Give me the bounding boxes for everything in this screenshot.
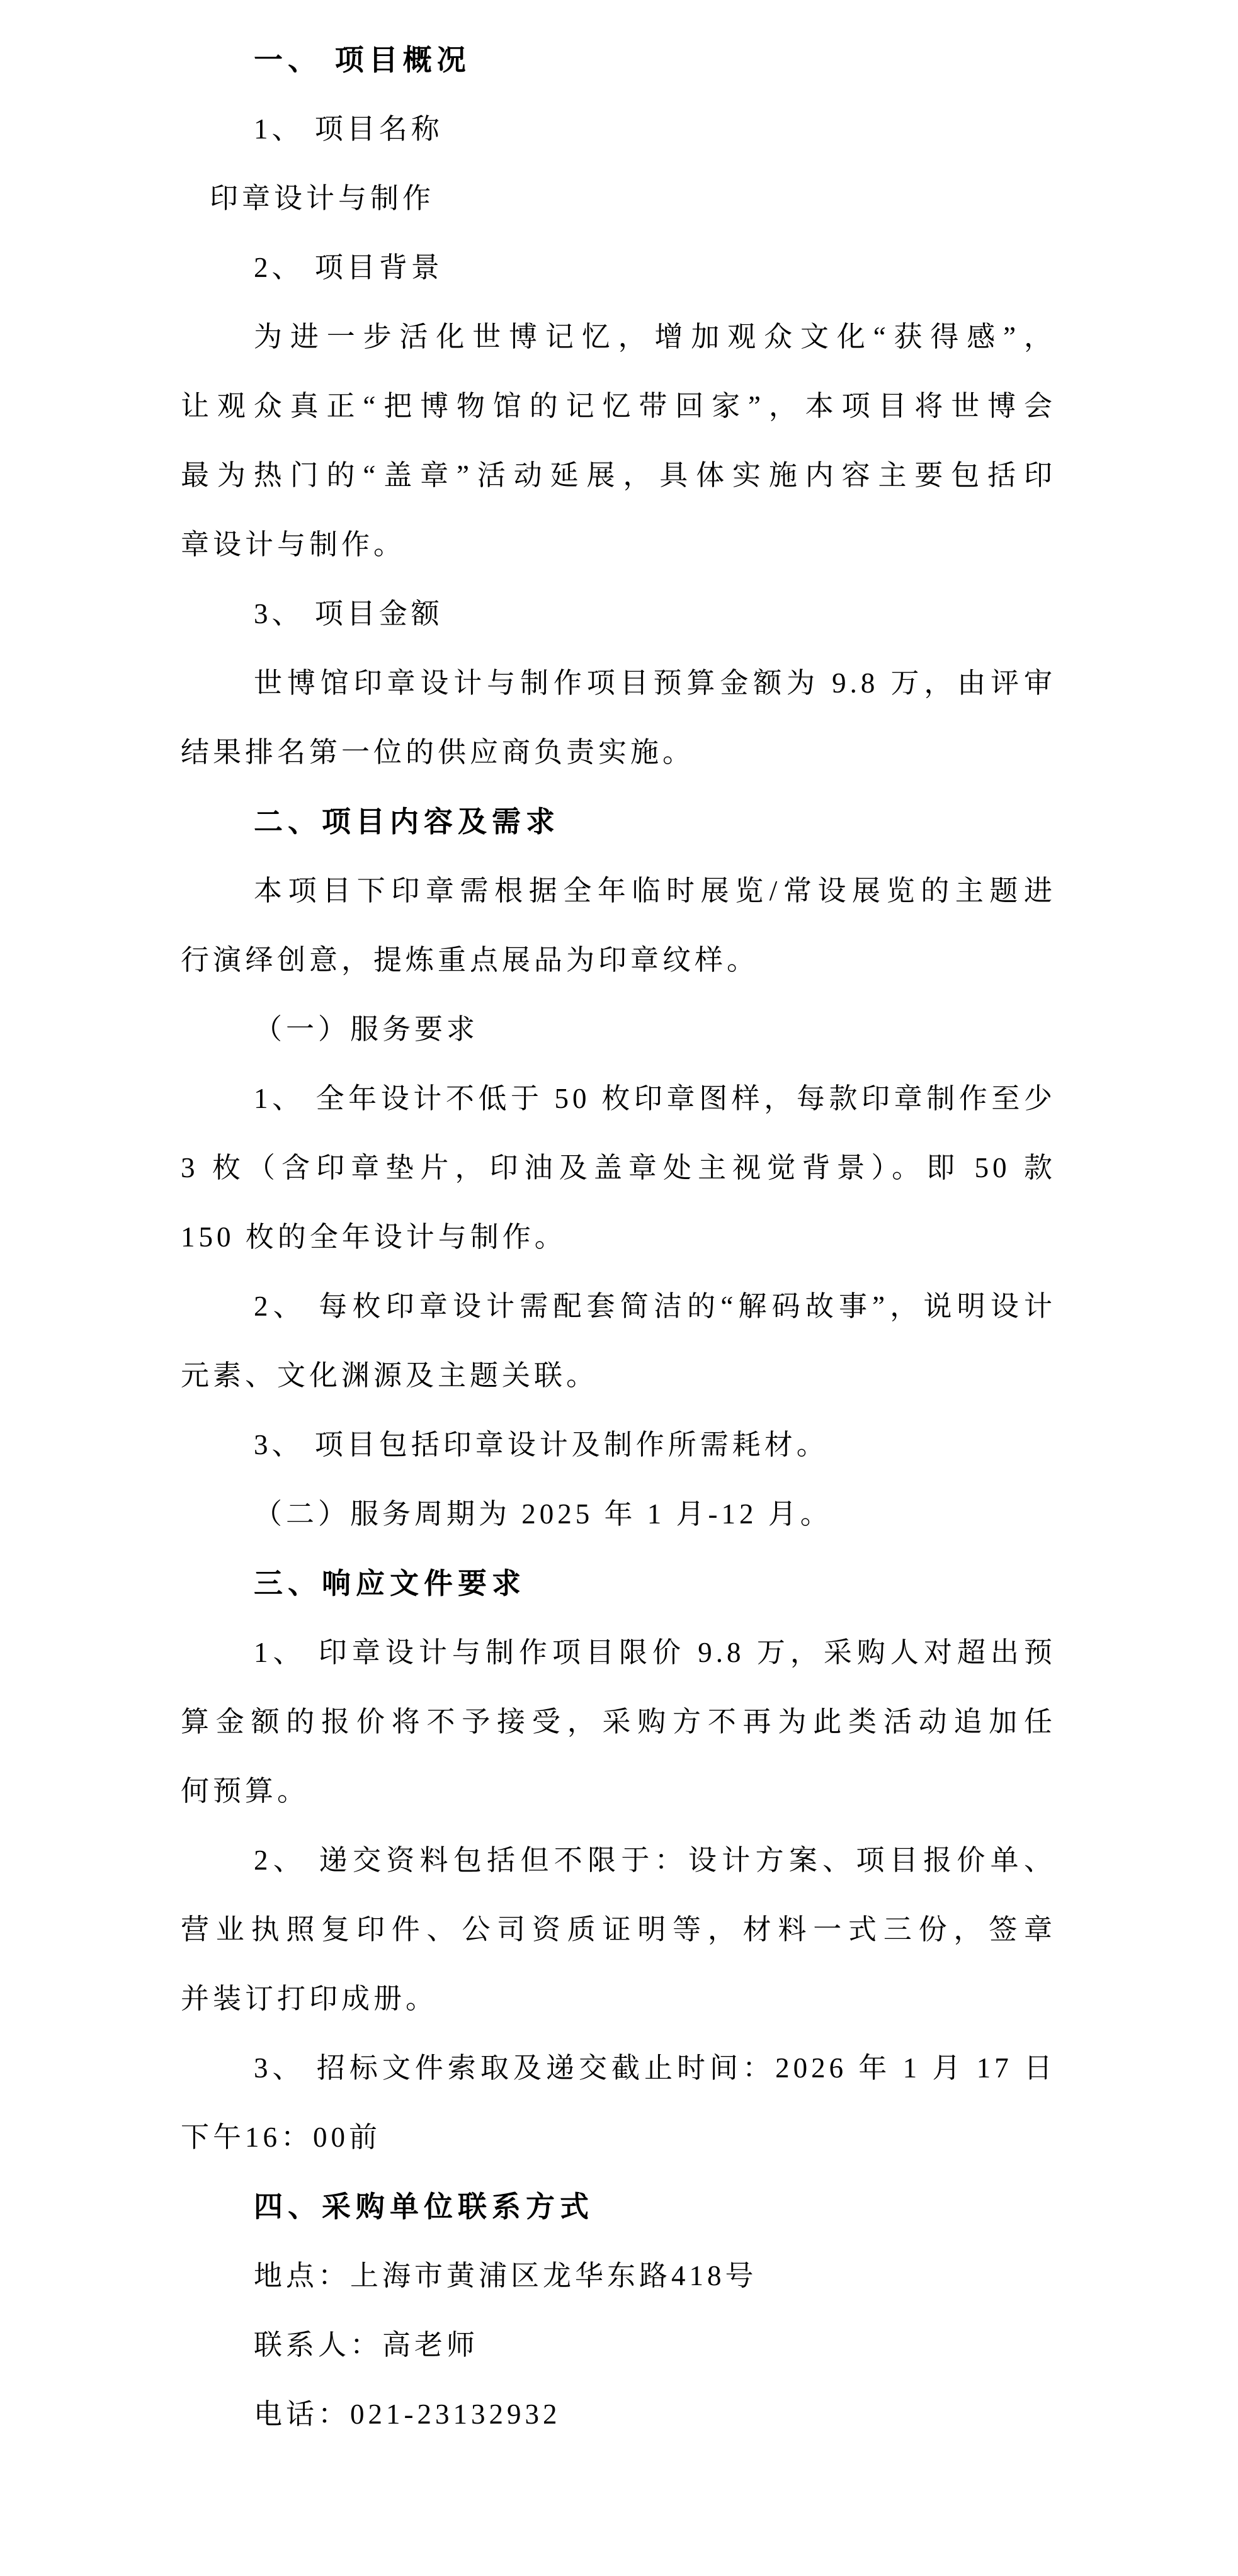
doc-line: 让观众真正“把博物馆的记忆带回家”，本项目将世博会: [181, 371, 1056, 441]
doc-line: 3 枚（含印章垫片，印油及盖章处主视觉背景）。即 50 款: [181, 1133, 1056, 1202]
section-heading: 四、采购单位联系方式: [181, 2172, 1056, 2241]
doc-line: 为进一步活化世博记忆，增加观众文化“获得感”，: [181, 302, 1056, 371]
doc-line: 并装订打印成册。: [181, 1964, 1056, 2033]
section-heading: 一、 项目概况: [181, 25, 1056, 94]
doc-line: 2、 递交资料包括但不限于：设计方案、项目报价单、: [181, 1826, 1056, 1895]
doc-line: 电话：021-23132932: [181, 2380, 1056, 2449]
doc-line: 2、 每枚印章设计需配套简洁的“解码故事”，说明设计: [181, 1272, 1056, 1341]
doc-line: 3、 招标文件索取及递交截止时间：2026 年 1 月 17 日: [181, 2033, 1056, 2103]
doc-line: 地点：上海市黄浦区龙华东路418号: [181, 2241, 1056, 2310]
doc-line: 最为热门的“盖章”活动延展，具体实施内容主要包括印: [181, 441, 1056, 510]
doc-line: 1、 印章设计与制作项目限价 9.8 万，采购人对超出预: [181, 1618, 1056, 1687]
section-heading: 三、响应文件要求: [181, 1549, 1056, 1618]
doc-line: 印章设计与制作: [181, 164, 1056, 233]
doc-line: 何预算。: [181, 1756, 1056, 1826]
doc-line: 下午16：00前: [181, 2103, 1056, 2172]
doc-line: 3、 项目包括印章设计及制作所需耗材。: [181, 1410, 1056, 1479]
doc-line: （二）服务周期为 2025 年 1 月-12 月。: [181, 1479, 1056, 1549]
doc-line: 1、 项目名称: [181, 94, 1056, 164]
section-heading: 二、项目内容及需求: [181, 787, 1056, 856]
doc-line: 行演绎创意，提炼重点展品为印章纹样。: [181, 925, 1056, 995]
doc-line: 本项目下印章需根据全年临时展览/常设展览的主题进: [181, 856, 1056, 925]
doc-line: 1、 全年设计不低于 50 枚印章图样，每款印章制作至少: [181, 1064, 1056, 1133]
doc-line: 2、 项目背景: [181, 233, 1056, 302]
doc-line: 150 枚的全年设计与制作。: [181, 1202, 1056, 1272]
doc-line: 营业执照复印件、公司资质证明等，材料一式三份，签章: [181, 1895, 1056, 1964]
document-content: 一、 项目概况1、 项目名称印章设计与制作2、 项目背景为进一步活化世博记忆，增…: [181, 25, 1056, 2449]
doc-line: 世博馆印章设计与制作项目预算金额为 9.8 万，由评审: [181, 648, 1056, 718]
doc-line: （一）服务要求: [181, 995, 1056, 1064]
doc-line: 联系人：高老师: [181, 2310, 1056, 2380]
doc-line: 算金额的报价将不予接受，采购方不再为此类活动追加任: [181, 1687, 1056, 1756]
doc-line: 元素、文化渊源及主题关联。: [181, 1341, 1056, 1410]
doc-line: 3、 项目金额: [181, 579, 1056, 648]
document-page: 一、 项目概况1、 项目名称印章设计与制作2、 项目背景为进一步活化世博记忆，增…: [0, 0, 1238, 2576]
doc-line: 章设计与制作。: [181, 510, 1056, 579]
doc-line: 结果排名第一位的供应商负责实施。: [181, 718, 1056, 787]
